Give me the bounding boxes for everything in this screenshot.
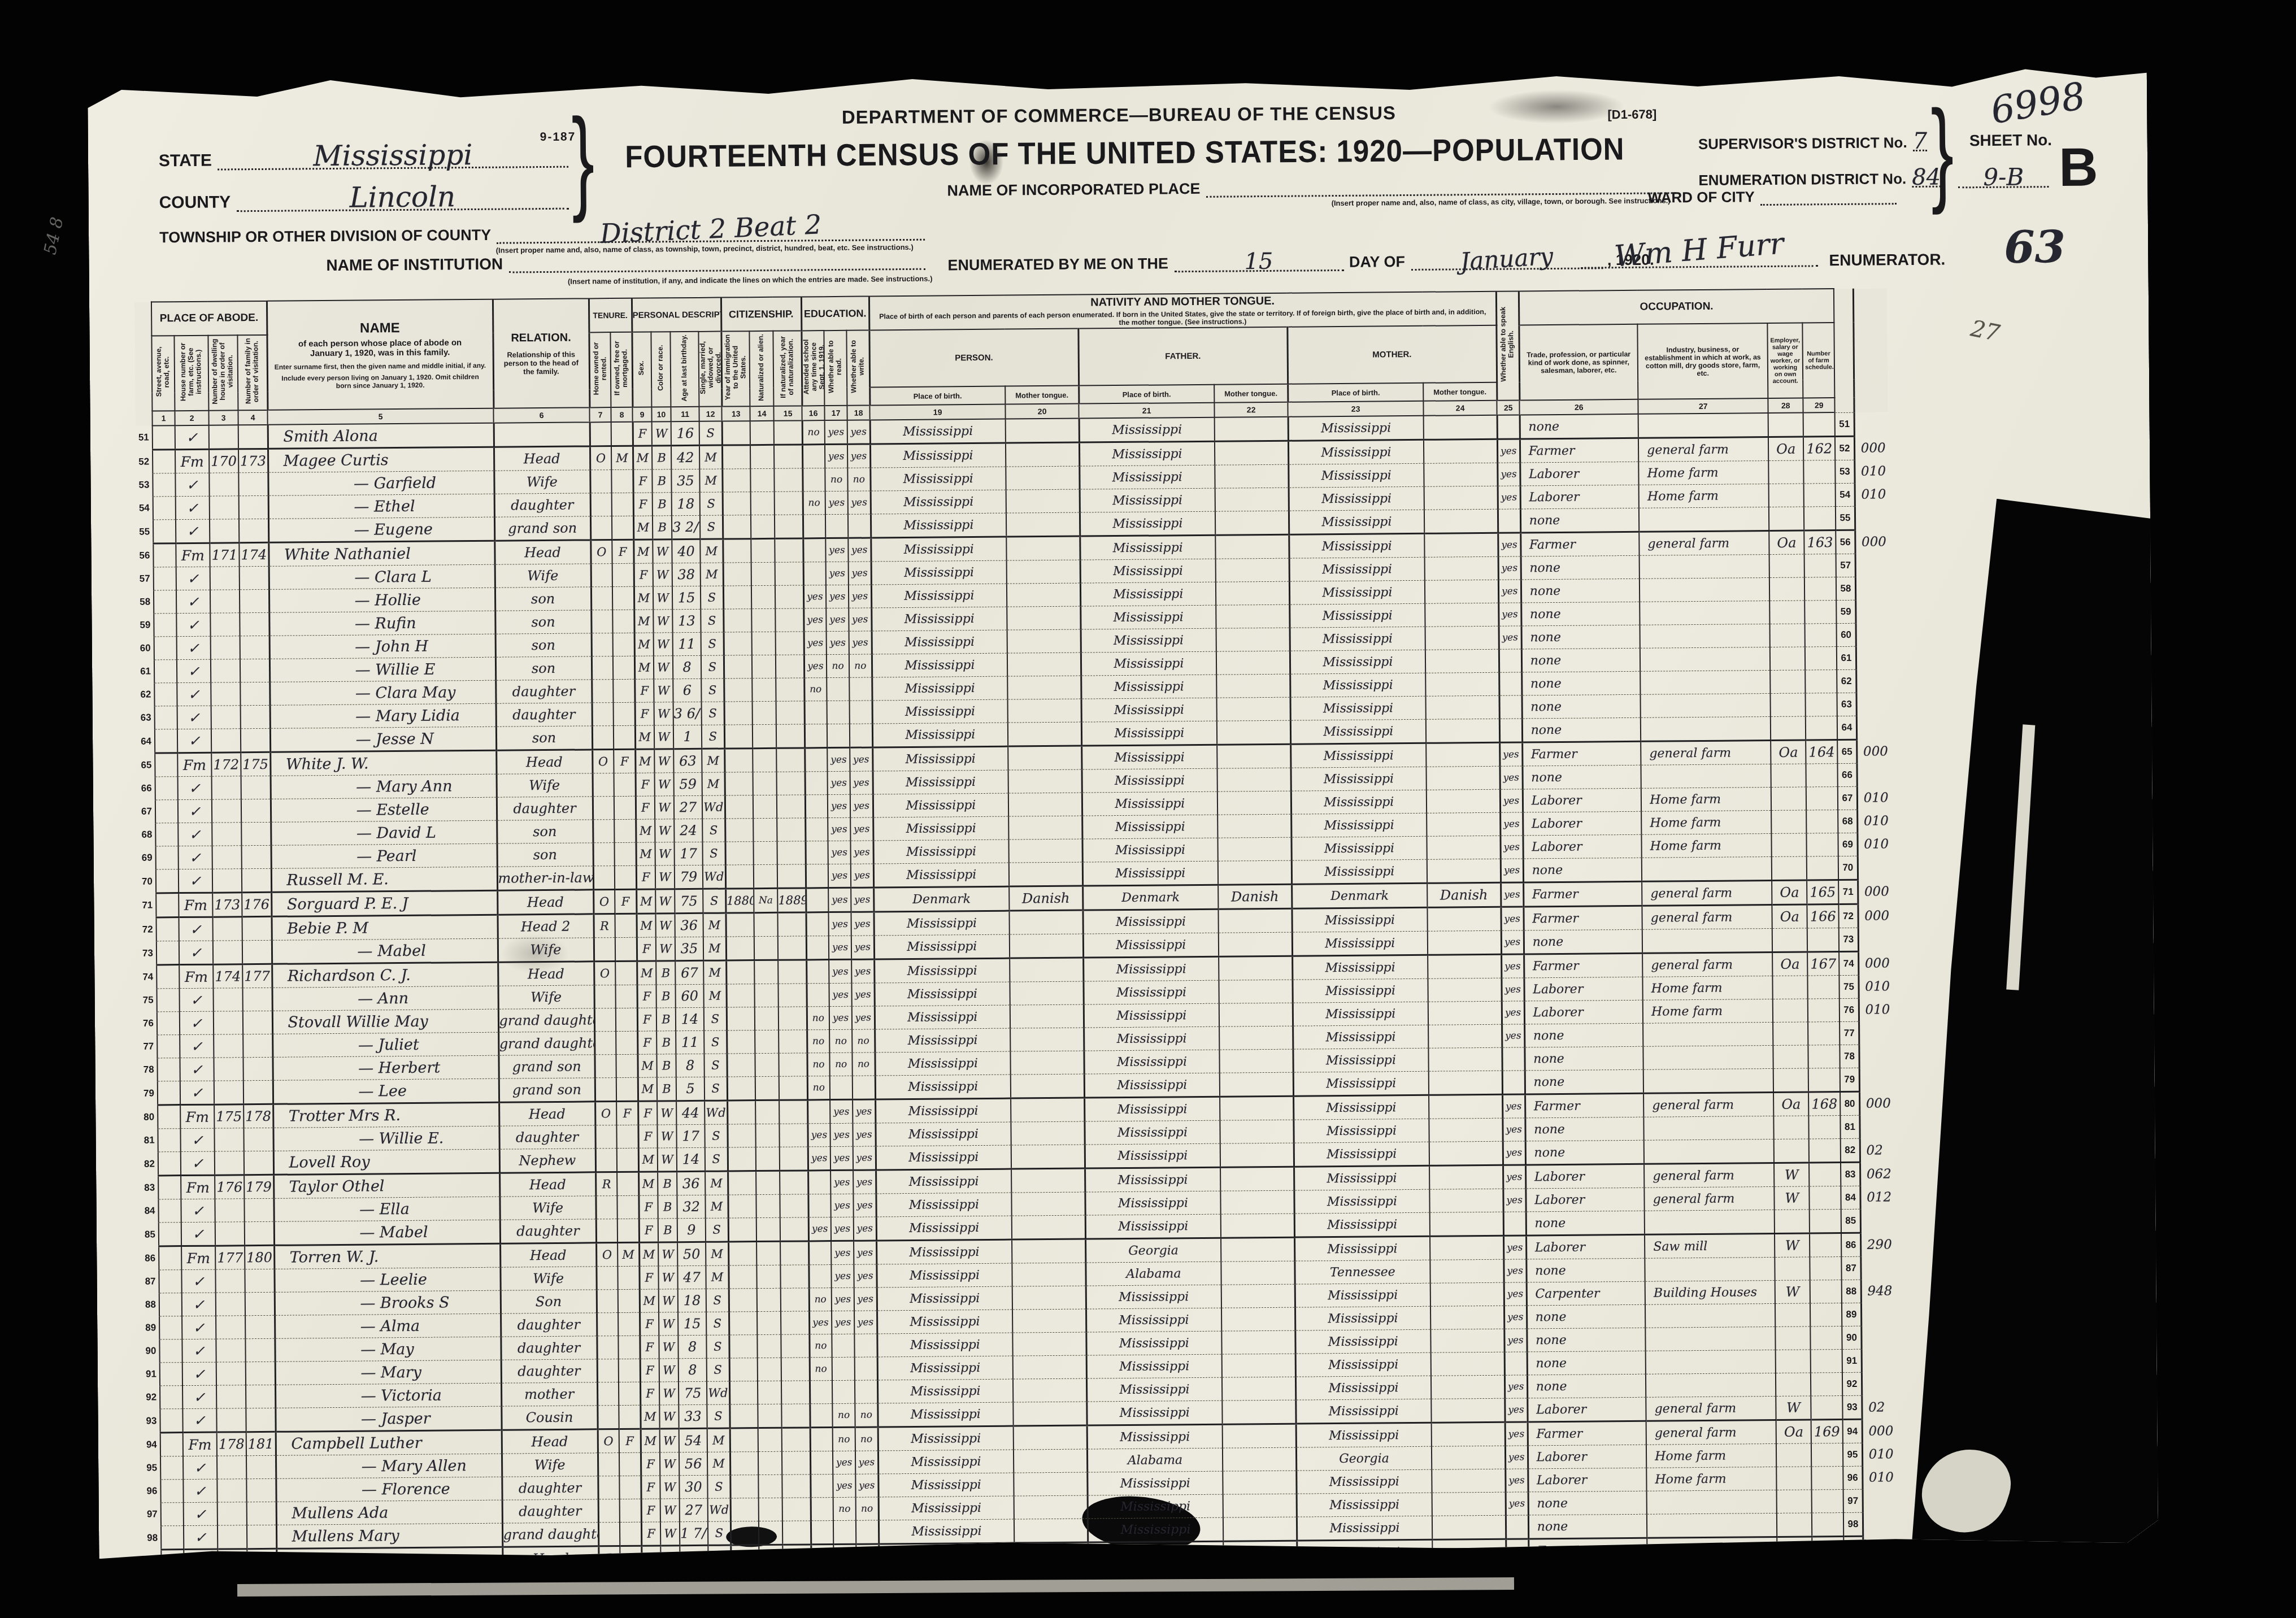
cell-name: — Rufin — [269, 611, 495, 636]
cell-t7 — [594, 985, 616, 1008]
cell-c15 — [780, 1241, 808, 1265]
cell-mar: M — [700, 539, 723, 563]
cell-c13 — [725, 842, 754, 865]
cell-ind: general farm — [1646, 1396, 1776, 1421]
cell-mtp — [1006, 466, 1079, 490]
cell-wr: yes — [851, 888, 873, 912]
cell-mtp — [1014, 1449, 1087, 1473]
cell-age: 42 — [671, 445, 699, 469]
cell-c15 — [781, 1404, 810, 1428]
cell-mtm — [1427, 812, 1500, 836]
cell-m: ✓ — [178, 799, 212, 823]
cell-pm: Mississippi — [1290, 650, 1425, 674]
enumerated-day: 15 — [1244, 249, 1273, 275]
cell-m: ✓ — [177, 659, 211, 682]
cell-c13 — [727, 1007, 755, 1030]
cell-age: 16 — [671, 421, 699, 446]
cell-rel: son — [497, 820, 593, 843]
cell-age: 17 — [675, 842, 703, 865]
cell-dw — [215, 1151, 244, 1175]
cell-wr: yes — [850, 771, 873, 794]
cell-mar: M — [705, 1195, 728, 1218]
cell-sex: F — [633, 493, 653, 516]
cell-c14 — [758, 1404, 781, 1428]
cell-farm — [1810, 1326, 1842, 1350]
cell-sch — [805, 818, 828, 841]
cell-t8 — [618, 1312, 640, 1336]
cell-eng: yes — [1506, 1492, 1528, 1515]
cell-pm: Mississippi — [1292, 955, 1428, 980]
cell-race: W — [656, 937, 675, 961]
cell-mtp — [1014, 1425, 1087, 1450]
cell-race: B — [657, 1077, 676, 1101]
cell-c14: Na — [754, 888, 777, 912]
cell-mtm — [1424, 486, 1498, 510]
cell-occ: Laborer — [1520, 462, 1638, 486]
cell-occ: none — [1524, 1023, 1643, 1047]
cell-c13 — [726, 913, 754, 937]
cell-c15 — [778, 960, 806, 984]
cell-mtp — [1009, 839, 1082, 863]
margin-note: 000 — [1858, 904, 1892, 928]
cell-rel: son — [495, 587, 591, 611]
cell-name: — Clara May — [269, 680, 495, 705]
line-number-left: 95 — [143, 1456, 160, 1480]
cell-dw — [217, 1479, 246, 1502]
cell-sch — [810, 1475, 833, 1498]
line-number-right: 60 — [1837, 623, 1856, 646]
cell-rel: daughter — [502, 1476, 598, 1500]
column-number: 29 — [1803, 398, 1835, 412]
cell-age: 15 — [672, 586, 701, 609]
cell-eng: yes — [1503, 1259, 1526, 1282]
margin-note: 010 — [1858, 833, 1891, 856]
cell-sch — [802, 445, 825, 468]
cell-occ: Laborer — [1524, 977, 1643, 1001]
cell-race: W — [655, 819, 674, 842]
cell-farm — [1804, 577, 1836, 601]
col-speak-english: Whether able to speak English. — [1496, 291, 1520, 400]
line-number-right: 66 — [1838, 763, 1857, 786]
cell-pf: Mississippi — [1080, 605, 1216, 629]
cell-fam — [239, 495, 268, 519]
cell-sex: M — [640, 1289, 659, 1312]
cell-mtf — [1217, 791, 1291, 815]
column-number: 28 — [1768, 398, 1803, 413]
cell-name: White W. W — [276, 1547, 502, 1572]
cell-mtf — [1220, 1190, 1294, 1214]
cell-mar: S — [706, 1335, 729, 1358]
cell-race: W — [653, 586, 672, 610]
cell-m: ✓ — [179, 917, 213, 941]
cell-occ: none — [1521, 555, 1640, 580]
cell-pm: Mississippi — [1294, 1142, 1429, 1167]
cell-mar: S — [701, 655, 724, 678]
cell-m: ✓ — [175, 473, 209, 496]
cell-mtf — [1218, 860, 1291, 885]
cell-rd — [827, 724, 850, 747]
cell-c13 — [724, 678, 752, 702]
cell-t7 — [591, 564, 612, 587]
cell-c14 — [758, 1381, 781, 1404]
cell-mtm — [1432, 1492, 1506, 1516]
cell-t7 — [597, 1406, 619, 1429]
cell-race: W — [657, 1101, 676, 1125]
cell-t8 — [611, 469, 633, 493]
cell-sch: no — [802, 420, 825, 445]
cell-race: W — [659, 1382, 679, 1405]
cell-m: ✓ — [181, 1269, 215, 1293]
cell-t7: O — [593, 890, 615, 914]
cell-mtm — [1429, 1189, 1503, 1212]
cell-m: ✓ — [180, 1034, 214, 1058]
cell-fam — [245, 1221, 274, 1245]
cell-mar: M — [706, 1242, 728, 1265]
cell-farm — [1811, 1350, 1842, 1373]
cell-t7: O — [592, 750, 614, 773]
cell-c13 — [729, 1404, 758, 1428]
cell-sex: F — [634, 679, 654, 702]
cell-c14 — [759, 1521, 782, 1545]
cell-farm — [1805, 624, 1837, 647]
cell-occ: none — [1525, 1046, 1643, 1071]
cell-sex: F — [641, 1452, 660, 1476]
line-number-left: 66 — [138, 777, 155, 800]
cell-age: 35 — [675, 937, 703, 960]
cell-emp — [1769, 507, 1804, 530]
line-number-left: 56 — [136, 543, 153, 567]
cell-name: Lovell Roy — [273, 1149, 499, 1175]
cell-sch — [803, 538, 825, 562]
cell-ind: Home farm — [1641, 787, 1771, 811]
cell-fam — [241, 728, 270, 752]
col-dwelling-number: Number of dwelling house in order of vis… — [208, 335, 238, 410]
margin-note — [1856, 669, 1890, 693]
cell-mtf — [1217, 768, 1291, 791]
sheet-value: 9-B — [1983, 163, 2024, 191]
cell-mtm — [1431, 1398, 1504, 1423]
cell-age: 60 — [676, 984, 704, 1007]
cell-race: B — [656, 961, 675, 985]
cell-dw — [217, 1456, 246, 1479]
cell-occ: Laborer — [1524, 1000, 1643, 1024]
cell-farm — [1806, 764, 1838, 787]
cell-age: 3 2/12 — [672, 515, 700, 539]
cell-mar: M — [699, 445, 722, 469]
cell-sch — [808, 1194, 830, 1217]
cell-c14 — [754, 960, 778, 984]
cell-mtf — [1220, 1049, 1293, 1073]
cell-occ: Farmer — [1524, 953, 1642, 978]
cell-t7: O — [596, 1243, 618, 1267]
cell-dw — [213, 941, 242, 964]
line-number-left: 86 — [142, 1246, 159, 1270]
cell-wr: yes — [853, 1099, 875, 1123]
cell-mtf — [1219, 1026, 1293, 1050]
line-number-left: 54 — [136, 497, 153, 520]
line-number-left: 63 — [138, 706, 155, 729]
cell-c15 — [779, 1030, 807, 1053]
line-number-right: 96 — [1843, 1466, 1862, 1489]
cell-ind — [1640, 554, 1769, 579]
cell-mtf — [1215, 488, 1289, 511]
cell-ind — [1640, 577, 1769, 602]
cell-c15: 1889 — [777, 888, 806, 912]
cell-wr: yes — [856, 1544, 879, 1568]
column-number: 23 — [1288, 401, 1424, 417]
cell-c15 — [779, 1076, 807, 1100]
cell-eng — [1497, 415, 1520, 439]
cell-mtp — [1010, 910, 1083, 934]
cell-emp — [1772, 928, 1807, 952]
column-number: 20 — [1006, 404, 1079, 419]
cell-occ: none — [1522, 717, 1641, 742]
cell-t7 — [590, 493, 612, 516]
line-number-left: 53 — [136, 473, 153, 497]
cell-dw — [212, 823, 241, 846]
cell-pb: Mississippi — [876, 1239, 1012, 1264]
cell-age: 32 — [677, 1195, 705, 1218]
cell-c13 — [722, 445, 750, 469]
cell-name: — Ella — [273, 1197, 499, 1221]
cell-t7: O — [598, 1429, 619, 1453]
line-number-right: 88 — [1842, 1280, 1861, 1303]
cell-name: — Ann — [272, 986, 498, 1011]
cell-m: ✓ — [182, 1385, 216, 1408]
cell-name: Mullens Mary — [276, 1523, 502, 1549]
cell-rd: yes — [829, 912, 851, 936]
cell-c15 — [777, 795, 805, 818]
cell-mtp — [1011, 1074, 1084, 1098]
cell-c13 — [722, 421, 750, 445]
cell-rd: yes — [825, 491, 848, 514]
cell-ind — [1647, 1490, 1777, 1514]
cell-rd: yes — [829, 936, 851, 959]
cell-race: W — [653, 610, 672, 633]
column-number: 24 — [1423, 401, 1497, 416]
cell-t7 — [594, 1008, 616, 1032]
cell-pm: Georgia — [1296, 1446, 1432, 1471]
cell-pf: Mississippi — [1085, 1143, 1220, 1168]
cell-name: — Leelie — [274, 1267, 500, 1292]
cell-pb: Mississippi — [877, 1379, 1013, 1403]
cell-c13 — [725, 819, 753, 842]
cell-c14 — [758, 1358, 781, 1381]
cell-mtf — [1223, 1494, 1297, 1517]
cell-rel: grand daughter — [502, 1523, 598, 1547]
cell-rd: yes — [831, 1217, 854, 1241]
cell-occ: none — [1528, 1491, 1647, 1515]
cell-wr — [848, 514, 871, 538]
cell-t7 — [594, 1055, 616, 1078]
cell-rel: daughter — [494, 493, 590, 517]
cell-sex: M — [634, 633, 654, 656]
cell-emp: W — [1776, 1396, 1811, 1420]
cell-mtm — [1432, 1515, 1506, 1539]
cell-pf: Mississippi — [1079, 417, 1215, 442]
line-number-right: 71 — [1838, 880, 1858, 904]
line-number-left: 94 — [143, 1433, 160, 1456]
cell-age: 35 — [671, 469, 699, 492]
cell-sch: yes — [803, 585, 826, 608]
cell-m: ✓ — [180, 1058, 214, 1081]
cell-fam: 182 — [247, 1549, 276, 1572]
cell-t7 — [597, 1290, 618, 1313]
cell-wr: yes — [849, 608, 871, 631]
cell-pf: Mississippi — [1083, 933, 1219, 958]
cell-fam — [240, 659, 269, 682]
cell-mar: M — [706, 1265, 728, 1289]
cell-wr: yes — [847, 444, 870, 468]
cell-emp — [1771, 787, 1806, 810]
cell-wr — [854, 1334, 877, 1357]
cell-emp: Oa — [1768, 437, 1803, 460]
cell-mtm: Danish — [1427, 882, 1501, 907]
cell-fam — [240, 636, 269, 659]
cell-mtm — [1425, 649, 1499, 673]
cell-mtp — [1009, 862, 1082, 886]
col-pob-father: Place of birth. — [1079, 385, 1214, 404]
cell-emp: W — [1775, 1233, 1810, 1257]
cell-farm: 168 — [1808, 1092, 1840, 1116]
cell-rel: grand son — [494, 516, 590, 541]
cell-rd: yes — [828, 794, 850, 817]
cell-c1 — [157, 1058, 180, 1081]
cell-age: 44 — [676, 1101, 705, 1124]
cell-c14 — [751, 492, 775, 515]
cell-rd: yes — [825, 444, 847, 468]
cell-mtm — [1424, 415, 1497, 440]
cell-occ: Farmer — [1522, 741, 1641, 766]
col-mt-person: Mother tongue. — [1005, 386, 1079, 404]
cell-t8 — [615, 937, 637, 961]
cell-c13 — [727, 1101, 755, 1124]
cell-wr: no — [855, 1427, 878, 1451]
cell-pm: Mississippi — [1294, 1236, 1430, 1261]
cell-m: Fm — [181, 1175, 215, 1199]
cell-ind: general farm — [1642, 904, 1772, 929]
margin-note: 010 — [1863, 1560, 1897, 1583]
cell-dw: 171 — [210, 543, 239, 567]
col-industry: Industry, business, or establishment in … — [1637, 323, 1768, 399]
margin-note — [1860, 1256, 1894, 1280]
cell-emp — [1771, 716, 1806, 740]
supervisor-district-value: 7 — [1912, 128, 1927, 154]
cell-eng: yes — [1504, 1375, 1527, 1398]
cell-c1 — [159, 1316, 182, 1339]
cell-rd: yes — [827, 631, 849, 654]
cell-ind — [1641, 693, 1771, 717]
cell-wr: yes — [851, 864, 873, 888]
group-nativity: NATIVITY AND MOTHER TONGUE. Place of bir… — [869, 292, 1496, 330]
cell-mtm — [1424, 509, 1498, 533]
cell-mtp — [1006, 442, 1079, 467]
cell-mar: S — [705, 1147, 728, 1171]
cell-t8 — [613, 633, 634, 656]
cell-mtm — [1431, 1352, 1504, 1376]
margin-note: 02 — [1862, 1395, 1895, 1419]
cell-occ: Farmer — [1520, 438, 1638, 463]
cell-rel: Wife — [498, 938, 594, 962]
cell-pf: Mississippi — [1086, 1285, 1221, 1309]
line-number-left: 71 — [139, 893, 156, 917]
cell-occ: none — [1525, 1117, 1644, 1141]
column-number: 17 — [825, 406, 847, 420]
cell-c1 — [156, 941, 179, 965]
cell-m: ✓ — [177, 706, 211, 729]
cell-eng: yes — [1498, 533, 1520, 556]
cell-sex: F — [641, 1499, 660, 1522]
cell-rd: yes — [828, 864, 851, 888]
cell-pm: Mississippi — [1295, 1399, 1431, 1424]
cell-sch — [806, 960, 829, 984]
cell-dw: 175 — [214, 1104, 243, 1128]
cell-c15 — [778, 912, 806, 936]
cell-pb: Mississippi — [874, 934, 1010, 959]
cell-eng — [1498, 509, 1520, 533]
cell-t7 — [598, 1523, 620, 1546]
cell-wr: yes — [848, 491, 871, 514]
cell-dw — [213, 988, 242, 1011]
cell-rel: grand daughter — [498, 1008, 594, 1032]
cell-c13 — [730, 1498, 759, 1521]
cell-name: Sorguard P. E. J — [271, 890, 497, 916]
cell-mtf — [1217, 720, 1290, 745]
cell-t8: F — [616, 1101, 638, 1125]
cell-fam: 179 — [244, 1175, 273, 1198]
cell-age: 15 — [678, 1312, 706, 1335]
cell-eng: yes — [1500, 789, 1523, 812]
cell-mtp — [1014, 1519, 1088, 1543]
cell-eng: yes — [1500, 766, 1523, 789]
cell-ind — [1643, 1068, 1773, 1093]
line-number-left: 76 — [140, 1012, 157, 1035]
institution-note: (Insert name of institution, if any, and… — [519, 274, 982, 286]
cell-fam: 176 — [242, 892, 271, 916]
cell-sex: F — [637, 1031, 656, 1054]
cell-age: 1 7/12 — [680, 1521, 708, 1545]
cell-c1 — [156, 965, 179, 989]
cell-farm — [1805, 670, 1837, 693]
cell-c13 — [729, 1381, 758, 1404]
cell-ind: general farm — [1645, 1186, 1775, 1211]
cell-farm: 170 — [1812, 1537, 1843, 1560]
cell-mar: M — [707, 1428, 730, 1452]
line-number-left: 78 — [140, 1058, 157, 1081]
col-pob-mother: Place of birth. — [1288, 383, 1423, 402]
cell-c13 — [727, 1077, 755, 1101]
cell-name: Bebie P. M — [272, 915, 498, 940]
cell-pf: Mississippi — [1082, 838, 1218, 862]
margin-note: 000 — [1855, 530, 1889, 554]
cell-mtf — [1220, 1143, 1294, 1167]
cell-mtf — [1221, 1307, 1295, 1331]
line-number-right: 63 — [1837, 693, 1856, 716]
cell-mtf — [1220, 1167, 1294, 1191]
cell-occ: none — [1527, 1328, 1645, 1352]
cell-name: — Herbert — [272, 1055, 498, 1080]
cell-c1 — [160, 1480, 183, 1503]
cell-pf: Mississippi — [1086, 1308, 1221, 1332]
line-number-left: 91 — [143, 1363, 160, 1386]
line-number-left: 87 — [142, 1270, 159, 1293]
cell-occ: none — [1525, 1140, 1644, 1165]
cell-age: 8 — [678, 1335, 706, 1358]
column-number: 2 — [175, 411, 208, 425]
cell-m: ✓ — [181, 1199, 215, 1222]
cell-dw — [215, 1222, 245, 1246]
cell-wr: yes — [851, 912, 874, 936]
